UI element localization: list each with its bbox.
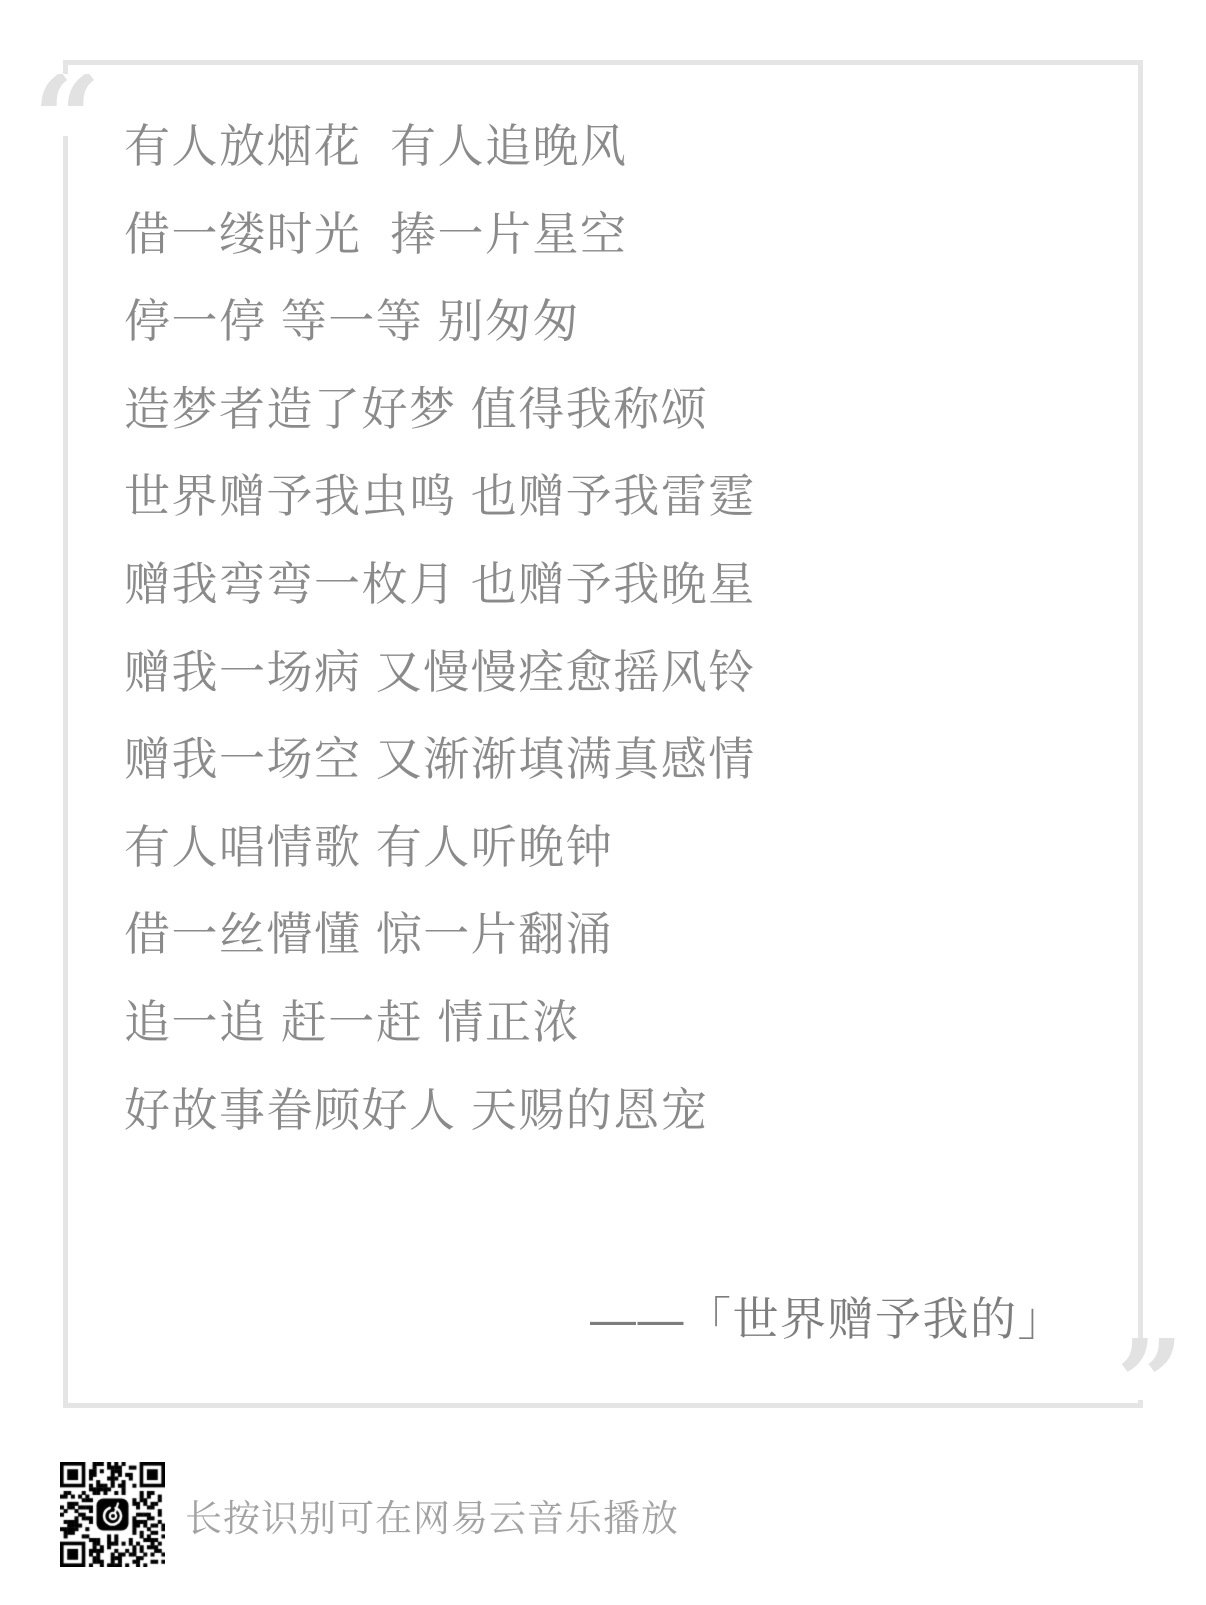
lyric-line: 赠我弯弯一枚月 也赠予我晚星: [124, 541, 756, 629]
lyric-line: 好故事眷顾好人 天赐的恩宠: [124, 1067, 756, 1155]
lyric-line: 有人唱情歌 有人听晚钟: [124, 804, 756, 892]
lyric-line: 停一停 等一等 别匆匆: [124, 278, 756, 366]
lyric-line: 赠我一场病 又慢慢痊愈摇风铃: [124, 629, 756, 717]
lyric-line: 借一丝懵懂 惊一片翻涌: [124, 891, 756, 979]
footer: 长按识别可在网易云音乐播放: [60, 1462, 679, 1567]
lyric-line: 造梦者造了好梦 值得我称颂: [124, 366, 756, 454]
lyric-share-card: { "card": { "open_quote": "\u201c", "clo…: [0, 0, 1206, 1605]
footer-caption: 长按识别可在网易云音乐播放: [185, 1488, 679, 1542]
song-title-attribution: ——「世界赠予我的」: [590, 1283, 1065, 1349]
lyric-line: 世界赠予我虫鸣 也赠予我雷霆: [124, 453, 756, 541]
open-quote-icon: “: [33, 74, 95, 136]
lyrics-block: 有人放烟花 有人追晚风借一缕时光 捧一片星空停一停 等一等 别匆匆造梦者造了好梦…: [124, 103, 756, 1154]
lyric-line: 追一追 赶一赶 情正浓: [124, 979, 756, 1067]
close-quote-icon: ”: [1116, 1338, 1178, 1400]
lyric-line: 赠我一场空 又渐渐填满真感情: [124, 716, 756, 804]
lyric-line: 有人放烟花 有人追晚风: [124, 103, 756, 191]
qr-code[interactable]: [60, 1462, 165, 1567]
lyric-line: 借一缕时光 捧一片星空: [124, 191, 756, 279]
